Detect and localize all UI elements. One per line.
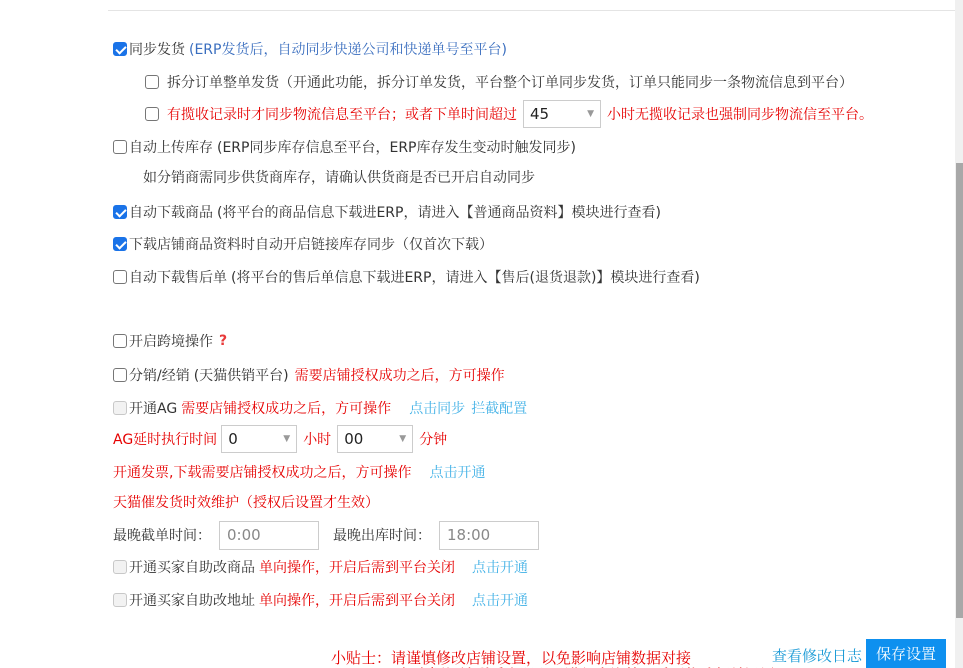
help-icon[interactable]: ? [219,333,227,349]
ag-row: 开通AG 需要店铺授权成功之后，方可操作 点击同步 拦截配置 [113,398,527,418]
invoice-row: 开通发票,下载需要店铺授权成功之后，方可操作 点击开通 [113,462,485,482]
cross-border-row: 开启跨境操作 ? [113,331,227,351]
auto-upload-stock-label: 自动上传库存 [129,137,213,157]
distribution-warning: 需要店铺授权成功之后，方可操作 [295,365,505,385]
link-stock-sync-checkbox[interactable] [113,237,127,251]
buyer-edit-goods-warning: 单向操作，开启后需到平台关闭 [259,557,455,577]
buyer-edit-goods-row: 开通买家自助改商品 单向操作，开启后需到平台关闭 点击开通 [113,557,528,577]
pickup-hours-value: 45 [530,105,549,123]
scrollbar-thumb[interactable] [956,163,963,618]
invoice-warning: 开通发票,下载需要店铺授权成功之后，方可操作 [113,462,411,482]
invoice-open-link[interactable]: 点击开通 [429,462,485,482]
ag-hours-select[interactable]: 0 ▼ [221,425,297,453]
ship-time-input[interactable]: 18:00 [439,521,539,550]
ship-time-value: 18:00 [447,526,490,544]
auto-upload-stock-checkbox[interactable] [113,140,127,154]
chevron-down-icon: ▼ [587,109,594,119]
save-button[interactable]: 保存设置 [866,639,946,668]
auto-download-goods-checkbox[interactable] [113,205,127,219]
ag-intercept-link[interactable]: 拦截配置 [471,398,527,418]
split-order-checkbox[interactable] [145,75,159,89]
buyer-edit-goods-label: 开通买家自助改商品 [129,557,255,577]
split-order-row: 拆分订单整单发货（开通此功能，拆分订单发货，平台整个订单同步发货，订单只能同步一… [145,72,853,92]
top-divider [108,10,955,11]
cutoff-label: 最晚截单时间： [113,525,211,545]
link-stock-sync-row: 下载店铺商品资料时自动开启链接库存同步（仅首次下载） [113,234,493,254]
auto-download-aftersale-row: 自动下载售后单 (将平台的售后单信息下载进ERP，请进入【售后(退货退款)】模块… [113,267,700,287]
tmall-urge-title-row: 天猫催发货时效维护（授权后设置才生效） [113,492,379,512]
buyer-edit-address-label: 开通买家自助改地址 [129,590,255,610]
ag-label: 开通AG [129,398,177,418]
distribution-row: 分销/经销 (天猫供销平台) 需要店铺授权成功之后，方可操作 [113,365,505,385]
split-order-label: 拆分订单整单发货（开通此功能，拆分订单发货，平台整个订单同步发货，订单只能同步一… [167,72,853,92]
buyer-edit-address-row: 开通买家自助改地址 单向操作，开启后需到平台关闭 点击开通 [113,590,528,610]
sync-ship-row: 同步发货 (ERP发货后，自动同步快递公司和快递单号至平台) [113,39,507,59]
ag-hours-value: 0 [228,430,238,448]
tip-text-2: 如有疑问请联系客服人员进行咨询处理后再修改相关设置 [400,664,775,668]
chevron-down-icon: ▼ [399,434,406,444]
ag-minutes-value: 00 [344,430,363,448]
auto-download-goods-desc: (将平台的商品信息下载进ERP，请进入【普通商品资料】模块进行查看) [217,202,661,222]
ag-warning: 需要店铺授权成功之后，方可操作 [181,398,391,418]
chevron-down-icon: ▼ [283,434,290,444]
link-stock-sync-label: 下载店铺商品资料时自动开启链接库存同步（仅首次下载） [129,234,493,254]
auto-upload-stock-note-text: 如分销商需同步供货商库存，请确认供货商是否已开启自动同步 [143,167,535,187]
pickup-record-row: 有揽收记录时才同步物流信息至平台；或者下单时间超过 45 ▼ 小时无揽收记录也强… [145,104,873,124]
auto-download-goods-label: 自动下载商品 [129,202,213,222]
auto-upload-stock-note: 如分销商需同步供货商库存，请确认供货商是否已开启自动同步 [143,167,535,187]
ag-minutes-unit: 分钟 [419,429,447,449]
tmall-urge-times-row: 最晚截单时间： 0:00 最晚出库时间： 18:00 [113,520,553,550]
view-log-link[interactable]: 查看修改日志 [772,645,862,666]
auto-download-aftersale-checkbox[interactable] [113,270,127,284]
sync-ship-desc: (ERP发货后，自动同步快递公司和快递单号至平台) [189,39,507,59]
buyer-edit-goods-link[interactable]: 点击开通 [472,557,528,577]
auto-download-aftersale-label: 自动下载售后单 [129,267,227,287]
ag-checkbox[interactable] [113,401,127,415]
distribution-checkbox[interactable] [113,368,127,382]
ag-hours-unit: 小时 [303,429,331,449]
cutoff-time-input[interactable]: 0:00 [219,521,319,550]
buyer-edit-address-warning: 单向操作，开启后需到平台关闭 [259,590,455,610]
buyer-edit-address-checkbox[interactable] [113,593,127,607]
auto-download-goods-row: 自动下载商品 (将平台的商品信息下载进ERP，请进入【普通商品资料】模块进行查看… [113,202,661,222]
pickup-record-label-after: 小时无揽收记录也强制同步物流信至平台。 [607,104,873,124]
tmall-urge-title: 天猫催发货时效维护（授权后设置才生效） [113,492,379,512]
pickup-record-checkbox[interactable] [145,107,159,121]
ag-delay-row: AG延时执行时间 0 ▼ 小时 00 ▼ 分钟 [113,429,447,449]
auto-upload-stock-row: 自动上传库存 (ERP同步库存信息至平台，ERP库存发生变动时触发同步) [113,137,576,157]
sync-ship-label: 同步发货 [129,39,185,59]
cross-border-checkbox[interactable] [113,334,127,348]
auto-upload-stock-desc: (ERP同步库存信息至平台，ERP库存发生变动时触发同步) [217,137,576,157]
cutoff-time-value: 0:00 [227,526,261,544]
distribution-label: 分销/经销 [129,365,190,385]
sync-ship-checkbox[interactable] [113,42,127,56]
ag-delay-label: AG延时执行时间 [113,429,217,449]
buyer-edit-address-link[interactable]: 点击开通 [472,590,528,610]
ag-minutes-select[interactable]: 00 ▼ [337,425,413,453]
ship-label: 最晚出库时间： [333,525,431,545]
auto-download-aftersale-desc: (将平台的售后单信息下载进ERP，请进入【售后(退货退款)】模块进行查看) [231,267,700,287]
pickup-hours-select[interactable]: 45 ▼ [523,100,601,128]
buyer-edit-goods-checkbox[interactable] [113,560,127,574]
cross-border-label: 开启跨境操作 [129,331,213,351]
ag-sync-link[interactable]: 点击同步 [409,398,465,418]
pickup-record-label-before: 有揽收记录时才同步物流信息至平台；或者下单时间超过 [167,104,517,124]
distribution-desc: (天猫供销平台) [194,365,289,385]
